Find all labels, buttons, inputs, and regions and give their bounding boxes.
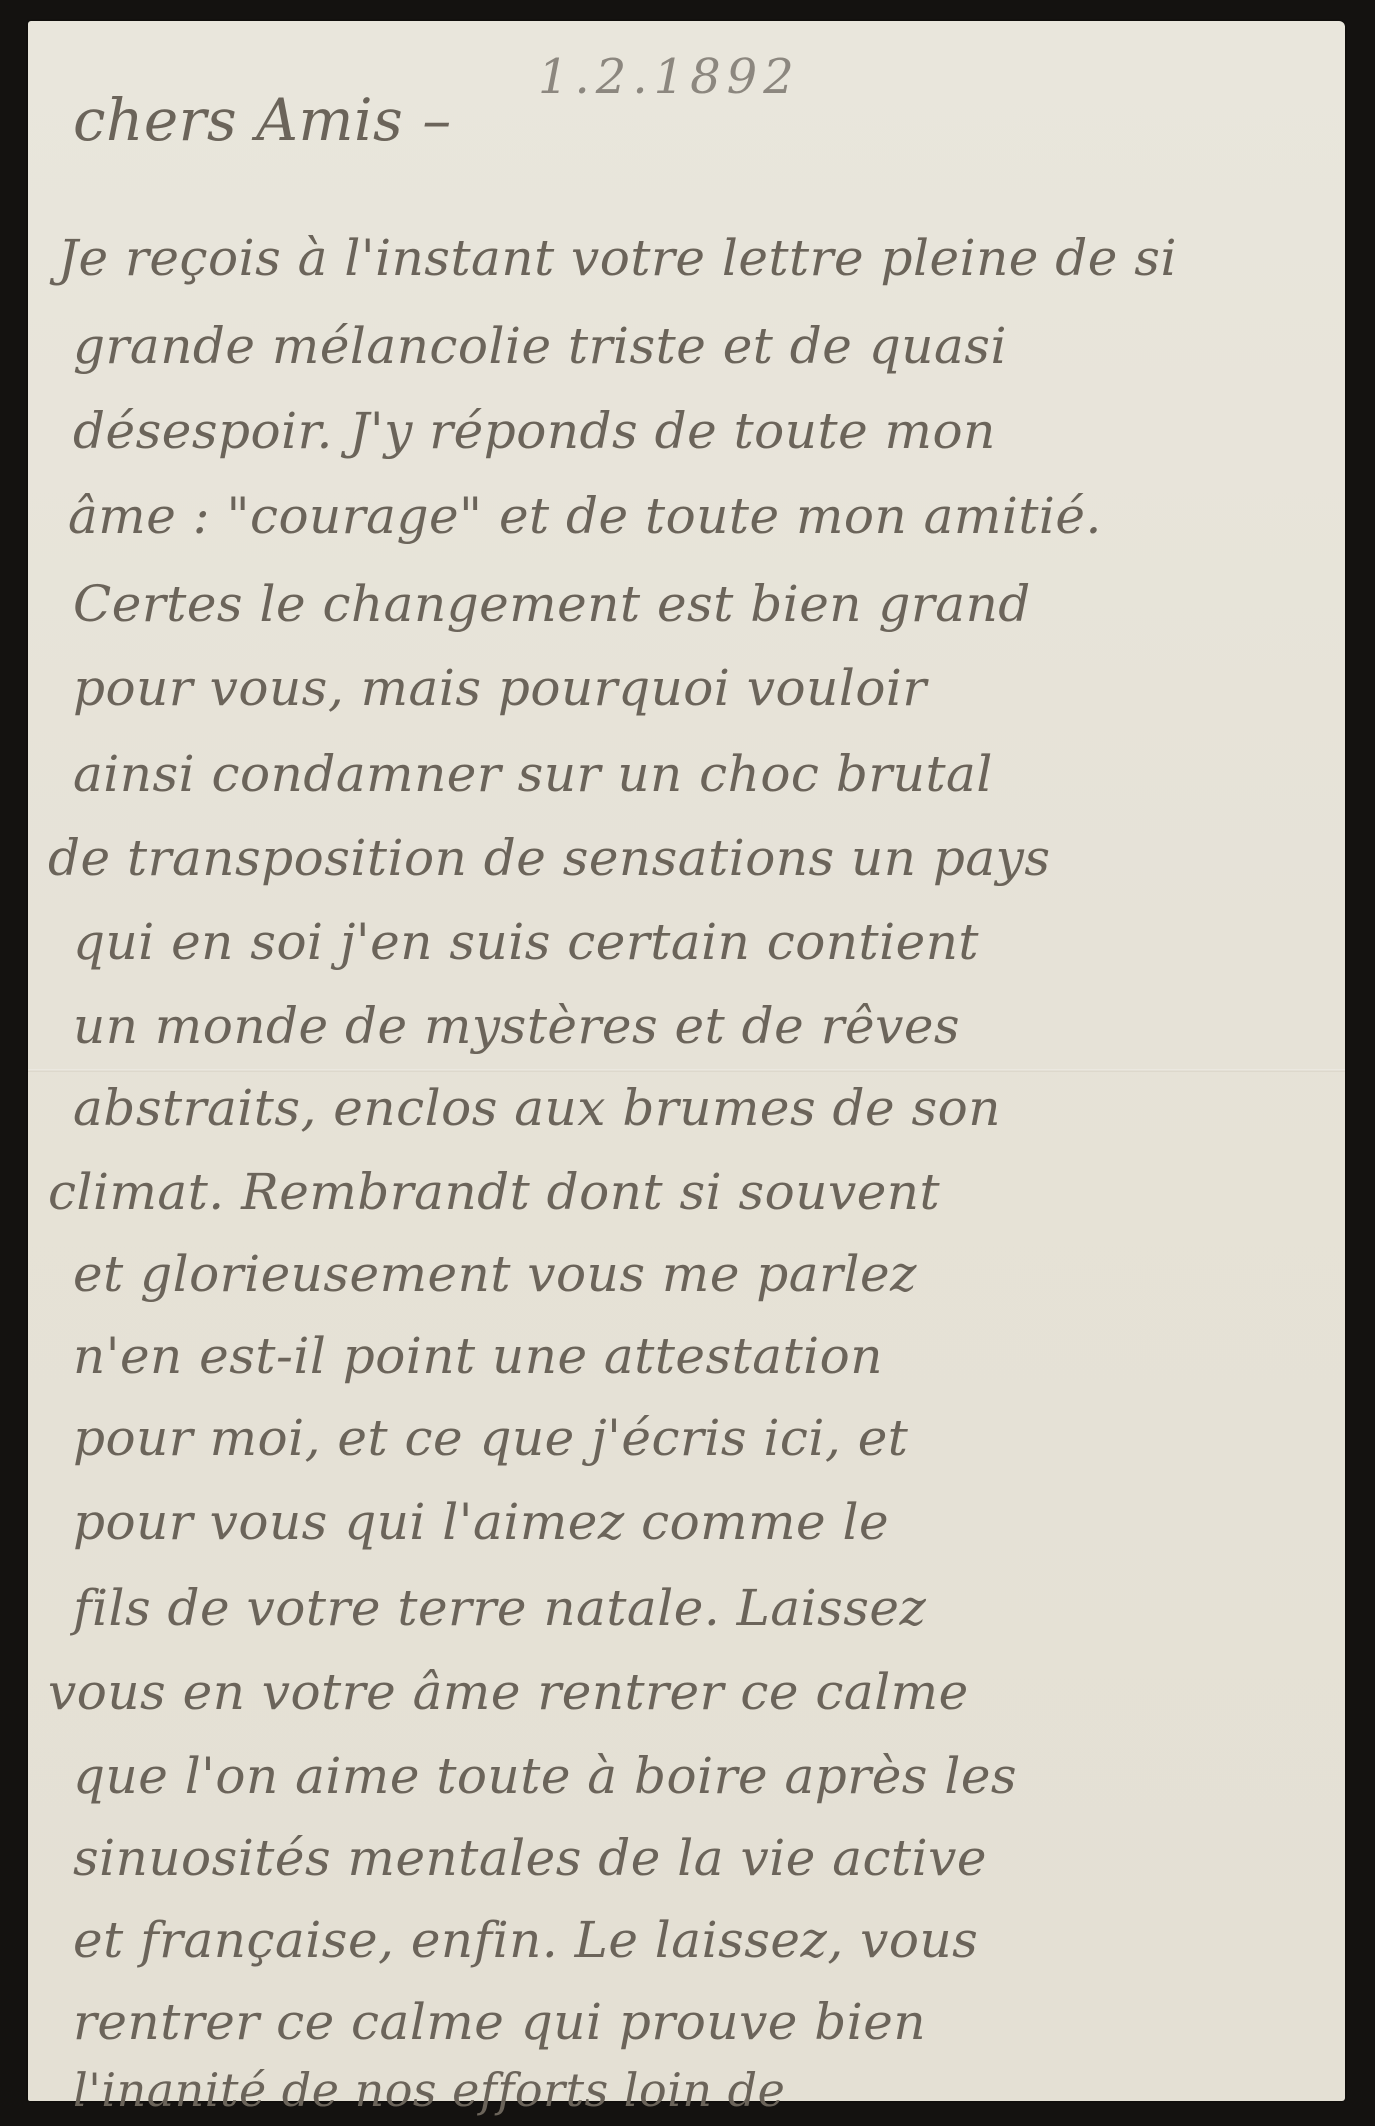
letter-line: désespoir. J'y réponds de toute mon bbox=[73, 406, 996, 456]
paper-fold-crease bbox=[28, 1069, 1345, 1072]
letter-line: fils de votre terre natale. Laissez bbox=[73, 1583, 926, 1633]
letter-line: rentrer ce calme qui prouve bien bbox=[73, 1997, 926, 2047]
letter-line: pour vous, mais pourquoi vouloir bbox=[73, 663, 927, 713]
letter-line: sinuosités mentales de la vie active bbox=[73, 1833, 987, 1883]
letter-line: Je reçois à l'instant votre lettre plein… bbox=[58, 233, 1177, 283]
letter-line: l'inanité de nos efforts loin de bbox=[73, 2067, 785, 2113]
letter-line: vous en votre âme rentrer ce calme bbox=[48, 1667, 969, 1717]
letter-line: que l'on aime toute à boire après les bbox=[73, 1751, 1017, 1801]
letter-line: pour vous qui l'aimez comme le bbox=[73, 1497, 889, 1547]
letter-line: qui en soi j'en suis certain contient bbox=[73, 917, 979, 967]
letter-line: grande mélancolie triste et de quasi bbox=[73, 321, 1007, 371]
letter-line: et glorieusement vous me parlez bbox=[73, 1249, 917, 1299]
letter-line: âme : "courage" et de toute mon amitié. bbox=[68, 491, 1102, 541]
letter-line: pour moi, et ce que j'écris ici, et bbox=[73, 1413, 908, 1463]
letter-line: n'en est-il point une attestation bbox=[73, 1331, 883, 1381]
letter-sheet: 1.2.1892 chers Amis – Je reçois à l'inst… bbox=[28, 21, 1345, 2101]
letter-line: et française, enfin. Le laissez, vous bbox=[73, 1915, 978, 1965]
letter-line: abstraits, enclos aux brumes de son bbox=[73, 1083, 1001, 1133]
letter-line: de transposition de sensations un pays bbox=[48, 833, 1051, 883]
letter-date: 1.2.1892 bbox=[538, 49, 800, 105]
letter-line: un monde de mystères et de rêves bbox=[73, 1001, 960, 1051]
letter-line: ainsi condamner sur un choc brutal bbox=[73, 749, 993, 799]
letter-salutation: chers Amis – bbox=[73, 91, 452, 149]
letter-line: climat. Rembrandt dont si souvent bbox=[48, 1167, 940, 1217]
letter-line: Certes le changement est bien grand bbox=[73, 579, 1031, 629]
